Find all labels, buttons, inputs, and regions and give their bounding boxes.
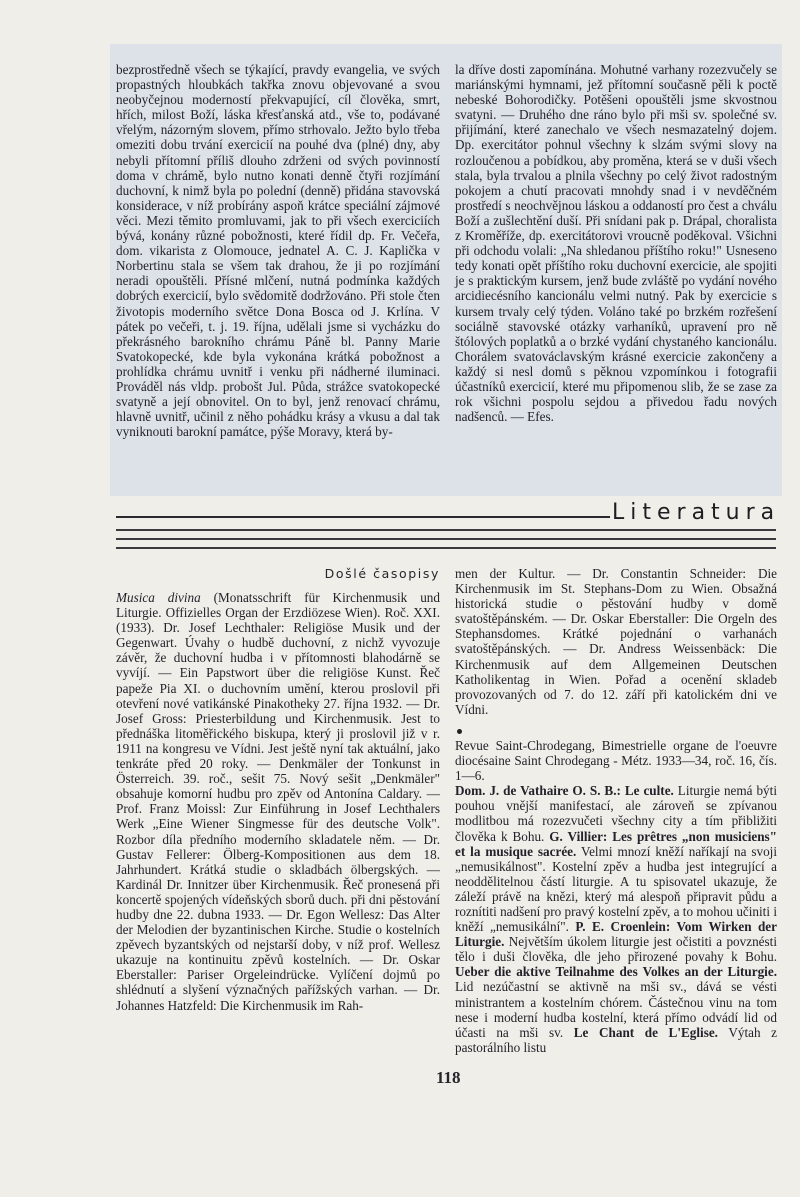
section-title: Literatura bbox=[612, 500, 780, 525]
journal-title: Musica divina bbox=[116, 590, 201, 605]
section-rule-2 bbox=[116, 538, 776, 540]
section-rule-1 bbox=[116, 529, 776, 531]
entry-text: (Monatsschrift für Kirchenmusik und Litu… bbox=[116, 590, 440, 1013]
page-number: 118 bbox=[436, 1068, 461, 1088]
literature-entry-revue-body: Dom. J. de Vathaire O. S. B.: Le culte. … bbox=[455, 783, 777, 1055]
article-column-right: la dříve dosti zapomínána. Mohutné varha… bbox=[455, 62, 777, 424]
section-rule-3 bbox=[116, 547, 776, 549]
article-citation: Ueber die aktive Teilnahme des Volkes an… bbox=[455, 964, 777, 979]
article-text-right: la dříve dosti zapomínána. Mohutné varha… bbox=[455, 62, 777, 424]
article-citation: Dom. J. de Vathaire O. S. B.: Le culte. bbox=[455, 783, 674, 798]
subsection-title: Došlé časopisy bbox=[300, 566, 440, 581]
article-column-left: bezprostředně všech se týkající, pravdy … bbox=[116, 62, 440, 439]
article-text-left: bezprostředně všech se týkající, pravdy … bbox=[116, 62, 440, 439]
article-citation: Le Chant de L'Eglise. bbox=[574, 1025, 718, 1040]
literature-column-right: men der Kultur. — Dr. Constantin Schneid… bbox=[455, 566, 777, 1055]
literature-entry-revue-header: Revue Saint-Chrodegang, Bimestrielle org… bbox=[455, 738, 777, 783]
entry-text: Největším úkolem liturgie jest očistiti … bbox=[455, 934, 777, 964]
literature-column-left: Musica divina (Monatsschrift für Kirchen… bbox=[116, 590, 440, 1013]
section-rule-left bbox=[116, 516, 610, 518]
literature-entry-musica-divina: Musica divina (Monatsschrift für Kirchen… bbox=[116, 590, 440, 1013]
bullet-mark-icon bbox=[457, 729, 462, 734]
spacer bbox=[455, 717, 777, 729]
literature-entry-continued: men der Kultur. — Dr. Constantin Schneid… bbox=[455, 566, 777, 717]
